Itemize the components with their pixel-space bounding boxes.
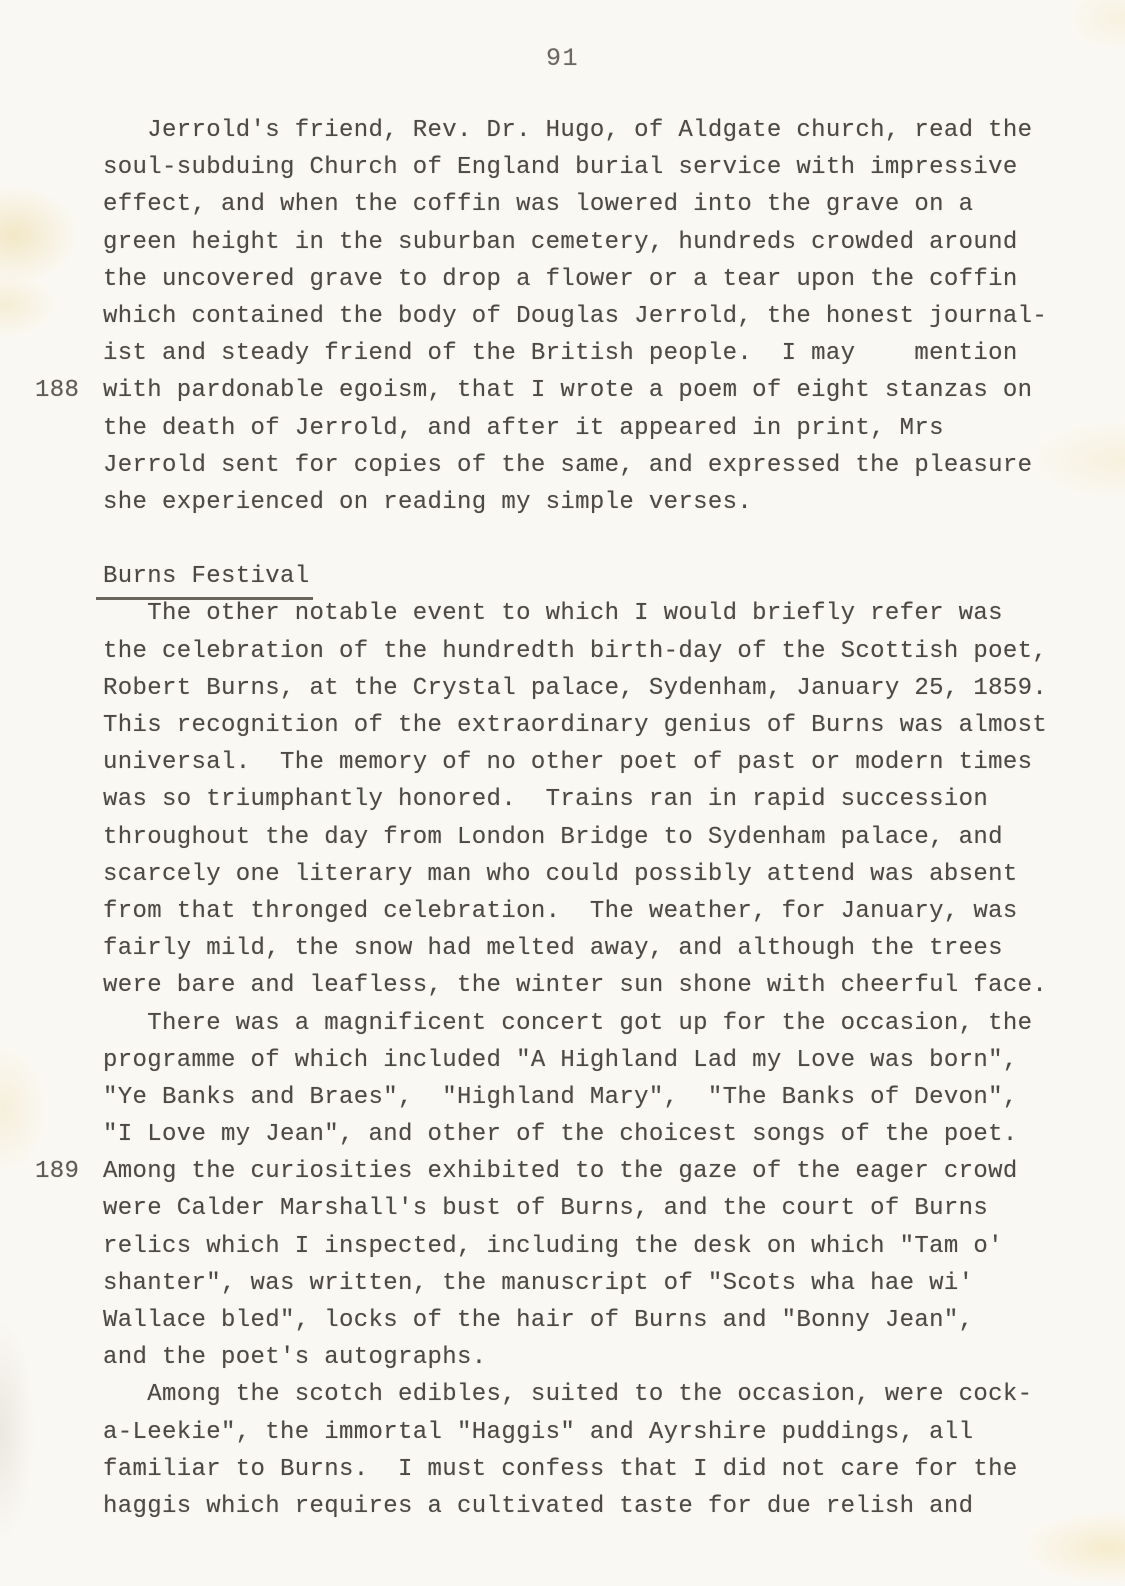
margin-number: 189: [35, 1153, 79, 1190]
text-line: she experienced on reading my simple ver…: [103, 484, 1078, 521]
line-text: from that thronged celebration. The weat…: [103, 898, 1018, 925]
text-line: effect, and when the coffin was lowered …: [103, 186, 1078, 223]
text-line: This recognition of the extraordinary ge…: [103, 707, 1078, 744]
line-text: was so triumphantly honored. Trains ran …: [103, 786, 988, 813]
line-text: "Ye Banks and Braes", "Highland Mary", "…: [103, 1084, 1018, 1111]
text-column: Jerrold's friend, Rev. Dr. Hugo, of Aldg…: [103, 112, 1078, 1525]
line-text: Wallace bled", locks of the hair of Burn…: [103, 1307, 973, 1334]
text-line: shanter", was written, the manuscript of…: [103, 1265, 1078, 1302]
line-text: she experienced on reading my simple ver…: [103, 489, 752, 516]
line-text: Among the curiosities exhibited to the g…: [103, 1158, 1018, 1185]
text-line: The other notable event to which I would…: [103, 595, 1078, 632]
text-line: and the poet's autographs.: [103, 1339, 1078, 1376]
text-line: soul-subduing Church of England burial s…: [103, 149, 1078, 186]
line-text: familiar to Burns. I must confess that I…: [103, 1456, 1018, 1483]
line-text: and the poet's autographs.: [103, 1344, 487, 1371]
text-line: programme of which included "A Highland …: [103, 1042, 1078, 1079]
text-line: ist and steady friend of the British peo…: [103, 335, 1078, 372]
text-line: 188with pardonable egoism, that I wrote …: [103, 372, 1078, 409]
line-text: shanter", was written, the manuscript of…: [103, 1270, 973, 1297]
line-text: This recognition of the extraordinary ge…: [103, 712, 1047, 739]
text-line: throughout the day from London Bridge to…: [103, 819, 1078, 856]
text-line: from that thronged celebration. The weat…: [103, 893, 1078, 930]
line-text: effect, and when the coffin was lowered …: [103, 191, 973, 218]
text-line: Wallace bled", locks of the hair of Burn…: [103, 1302, 1078, 1339]
blank-line: [103, 521, 1078, 558]
text-line: the uncovered grave to drop a flower or …: [103, 261, 1078, 298]
line-text: "I Love my Jean", and other of the choic…: [103, 1121, 1018, 1148]
line-text: the death of Jerrold, and after it appea…: [103, 415, 944, 442]
line-text: ist and steady friend of the British peo…: [103, 340, 1018, 367]
text-line: were bare and leafless, the winter sun s…: [103, 967, 1078, 1004]
text-line: "Ye Banks and Braes", "Highland Mary", "…: [103, 1079, 1078, 1116]
text-line: relics which I inspected, including the …: [103, 1228, 1078, 1265]
text-line: a-Leekie", the immortal "Haggis" and Ayr…: [103, 1414, 1078, 1451]
line-text: a-Leekie", the immortal "Haggis" and Ayr…: [103, 1419, 973, 1446]
line-text: There was a magnificent concert got up f…: [103, 1010, 1032, 1037]
line-text: programme of which included "A Highland …: [103, 1047, 1018, 1074]
text-line: the death of Jerrold, and after it appea…: [103, 410, 1078, 447]
line-text: were Calder Marshall's bust of Burns, an…: [103, 1195, 988, 1222]
line-text: which contained the body of Douglas Jerr…: [103, 303, 1047, 330]
margin-number: 188: [35, 372, 79, 409]
line-text: the uncovered grave to drop a flower or …: [103, 266, 1018, 293]
section-heading-row: Burns Festival: [103, 558, 1078, 595]
text-line: Jerrold sent for copies of the same, and…: [103, 447, 1078, 484]
text-line: Robert Burns, at the Crystal palace, Syd…: [103, 670, 1078, 707]
document-page: 91 Jerrold's friend, Rev. Dr. Hugo, of A…: [0, 0, 1125, 1586]
text-line: was so triumphantly honored. Trains ran …: [103, 781, 1078, 818]
text-line: fairly mild, the snow had melted away, a…: [103, 930, 1078, 967]
text-line: which contained the body of Douglas Jerr…: [103, 298, 1078, 335]
text-line: familiar to Burns. I must confess that I…: [103, 1451, 1078, 1488]
line-text: scarcely one literary man who could poss…: [103, 861, 1018, 888]
line-text: fairly mild, the snow had melted away, a…: [103, 935, 1003, 962]
section-heading-text: Burns Festival: [96, 558, 313, 600]
text-line: Jerrold's friend, Rev. Dr. Hugo, of Aldg…: [103, 112, 1078, 149]
line-text: Among the scotch edibles, suited to the …: [103, 1381, 1032, 1408]
line-text: Jerrold sent for copies of the same, and…: [103, 452, 1032, 479]
text-line: 189Among the curiosities exhibited to th…: [103, 1153, 1078, 1190]
line-text: green height in the suburban cemetery, h…: [103, 229, 1018, 256]
line-text: haggis which requires a cultivated taste…: [103, 1493, 973, 1520]
text-line: the celebration of the hundredth birth-d…: [103, 633, 1078, 670]
text-line: "I Love my Jean", and other of the choic…: [103, 1116, 1078, 1153]
text-line: There was a magnificent concert got up f…: [103, 1005, 1078, 1042]
line-text: the celebration of the hundredth birth-d…: [103, 638, 1047, 665]
text-line: were Calder Marshall's bust of Burns, an…: [103, 1190, 1078, 1227]
text-line: scarcely one literary man who could poss…: [103, 856, 1078, 893]
line-text: Jerrold's friend, Rev. Dr. Hugo, of Aldg…: [103, 117, 1032, 144]
line-text: with pardonable egoism, that I wrote a p…: [103, 377, 1032, 404]
line-text: universal. The memory of no other poet o…: [103, 749, 1032, 776]
text-line: universal. The memory of no other poet o…: [103, 744, 1078, 781]
text-line: Among the scotch edibles, suited to the …: [103, 1376, 1078, 1413]
page-number: 91: [0, 44, 1125, 73]
line-text: soul-subduing Church of England burial s…: [103, 154, 1018, 181]
line-text: throughout the day from London Bridge to…: [103, 824, 1003, 851]
line-text: The other notable event to which I would…: [103, 600, 1003, 627]
line-text: Robert Burns, at the Crystal palace, Syd…: [103, 675, 1047, 702]
line-text: were bare and leafless, the winter sun s…: [103, 972, 1047, 999]
text-line: haggis which requires a cultivated taste…: [103, 1488, 1078, 1525]
line-text: relics which I inspected, including the …: [103, 1233, 1003, 1260]
text-line: green height in the suburban cemetery, h…: [103, 224, 1078, 261]
